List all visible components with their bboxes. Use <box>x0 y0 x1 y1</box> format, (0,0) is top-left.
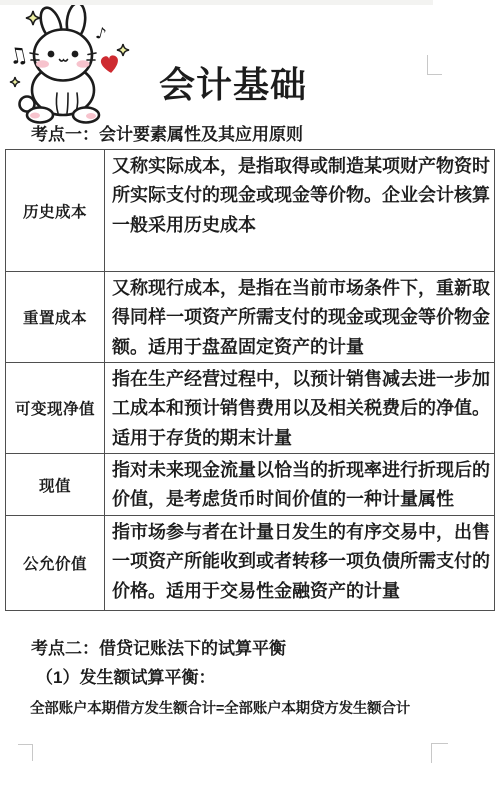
term-cell: 公允价值 <box>6 516 105 611</box>
definition-cell: 又称实际成本，是指取得或制造某项财产物资时所实际支付的现金或现金等价物。企业会计… <box>105 150 495 272</box>
bunny-foot-pad <box>86 113 96 119</box>
table-row: 可变现净值 指在生产经营过程中，以预计销售减去进一步加工成本和预计销售费用以及相… <box>6 363 495 454</box>
term-cell: 可变现净值 <box>6 363 105 454</box>
table-row: 现值 指对未来现金流量以恰当的折现率进行折现后的价值，是考虑货币时间价值的一种计… <box>6 454 495 516</box>
term-cell: 历史成本 <box>6 150 105 272</box>
term-cell: 重置成本 <box>6 272 105 363</box>
table-row: 历史成本 又称实际成本，是指取得或制造某项财产物资时所实际支付的现金或现金等价物… <box>6 150 495 272</box>
page-margin-corner-bottom-right <box>431 743 448 763</box>
sparkle-icon <box>117 44 129 56</box>
definition-cell: 指对未来现金流量以恰当的折现率进行折现后的价值，是考虑货币时间价值的一种计量属性 <box>105 454 495 516</box>
table-row: 公允价值 指市场参与者在计量日发生的有序交易中，出售一项资产所能收到或者转移一项… <box>6 516 495 611</box>
definition-cell: 指在生产经营过程中，以预计销售减去进一步加工成本和预计销售费用以及相关税费后的净… <box>105 363 495 454</box>
bunny-foot-pad <box>30 113 40 119</box>
page-title: 会计基础 <box>0 63 466 107</box>
sparkle-icon <box>26 11 40 25</box>
section-two-heading: 考点二：借贷记账法下的试算平衡 <box>31 634 286 659</box>
music-note-icon: ♪ <box>94 23 109 44</box>
trial-balance-formula: 全部账户本期借方发生额合计=全部账户本期贷方发生额合计 <box>30 697 410 718</box>
definition-cell: 指市场参与者在计量日发生的有序交易中，出售一项资产所能收到或者转移一项负债所需支… <box>105 516 495 611</box>
bunny-eye <box>72 51 79 58</box>
page-margin-corner-bottom-left <box>18 744 33 761</box>
section-two-item: （1）发生额试算平衡： <box>36 663 215 688</box>
measurement-attributes-table: 历史成本 又称实际成本，是指取得或制造某项财产物资时所实际支付的现金或现金等价物… <box>5 149 495 611</box>
definition-cell: 又称现行成本，是指在当前市场条件下，重新取得同样一项资产所需支付的现金或现金等价… <box>105 272 495 363</box>
document-page: ♫ ♪ <box>0 0 500 799</box>
section-one-heading: 考点一：会计要素属性及其应用原则 <box>31 120 303 145</box>
page-margin-corner-top-right <box>427 55 442 75</box>
table-row: 重置成本 又称现行成本，是指在当前市场条件下，重新取得同样一项资产所需支付的现金… <box>6 272 495 363</box>
term-cell: 现值 <box>6 454 105 516</box>
bunny-eye <box>48 51 55 58</box>
